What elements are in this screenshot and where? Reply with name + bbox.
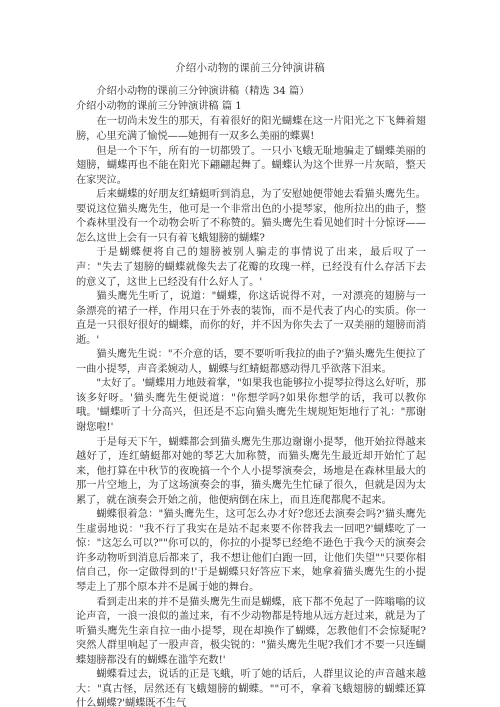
paragraph: "太好了。'蝴蝶用力地鼓着掌，"如果我也能够拉小提琴拉得这么好听，那该多好呀。'… <box>76 377 426 435</box>
paragraph: 但是一个下午，所有的一切都毁了。一只小飞蛾无耻地骗走了蝴蝶美丽的翅膀，蝴蝶再也不… <box>76 145 426 189</box>
document-subtitle: 介绍小动物的课前三分钟演讲稿（精选 34 篇） <box>76 85 426 100</box>
paragraph: 于是蝴蝶便将自己的翅膀被别人骗走的事情说了出来，最后叹了一声："失去了翅膀的蝴蝶… <box>76 246 426 290</box>
paragraph: 看到走出来的并不是猫头鹰先生而是蝴蝶，底下都不免起了一阵嗡嗡的议论声音，一浪一浪… <box>76 596 426 669</box>
document-title: 介绍小动物的课前三分钟演讲稿 <box>0 61 500 75</box>
paragraph: 在一切尚未发生的那天，有着很好的阳光蝴蝶在这一片阳光之下飞舞着翅膀，心里充满了愉… <box>76 115 426 144</box>
paragraph: 蝴蝶很着急："猫头鹰先生，这可怎么办才好?您还去演奏会吗?'猫头鹰先生虚弱地说：… <box>76 508 426 595</box>
paragraph: 于是每天下午，蝴蝶都会到猫头鹰先生那边谢谢小提琴，他开始拉得越来越好了，连红蜻蜓… <box>76 436 426 509</box>
paragraph: 后来蝴蝶的好朋友红蜻蜓听到消息，为了安慰她便带她去看猫头鹰先生。要说这位猫头鹰先… <box>76 188 426 246</box>
paragraph: 猫头鹰先生听了，说道："蝴蝶，你这话说得不对，一对漂亮的翅膀与一条漂亮的裙子一样… <box>76 290 426 348</box>
paragraph: 猫头鹰先生说："不介意的话，要不要听听我拉的曲子?'猫头鹰先生便拉了一曲小提琴，… <box>76 348 426 377</box>
paragraph: 蝴蝶看过去，说话的正是飞蛾，听了她的话后，人群里议论的声音越来越大："真古怪，居… <box>76 668 426 707</box>
document-page: 介绍小动物的课前三分钟演讲稿 介绍小动物的课前三分钟演讲稿（精选 34 篇） 介… <box>0 0 500 707</box>
document-body: 介绍小动物的课前三分钟演讲稿（精选 34 篇） 介绍小动物的课前三分钟演讲稿 篇… <box>76 85 426 707</box>
section-heading: 介绍小动物的课前三分钟演讲稿 篇 1 <box>76 100 426 115</box>
